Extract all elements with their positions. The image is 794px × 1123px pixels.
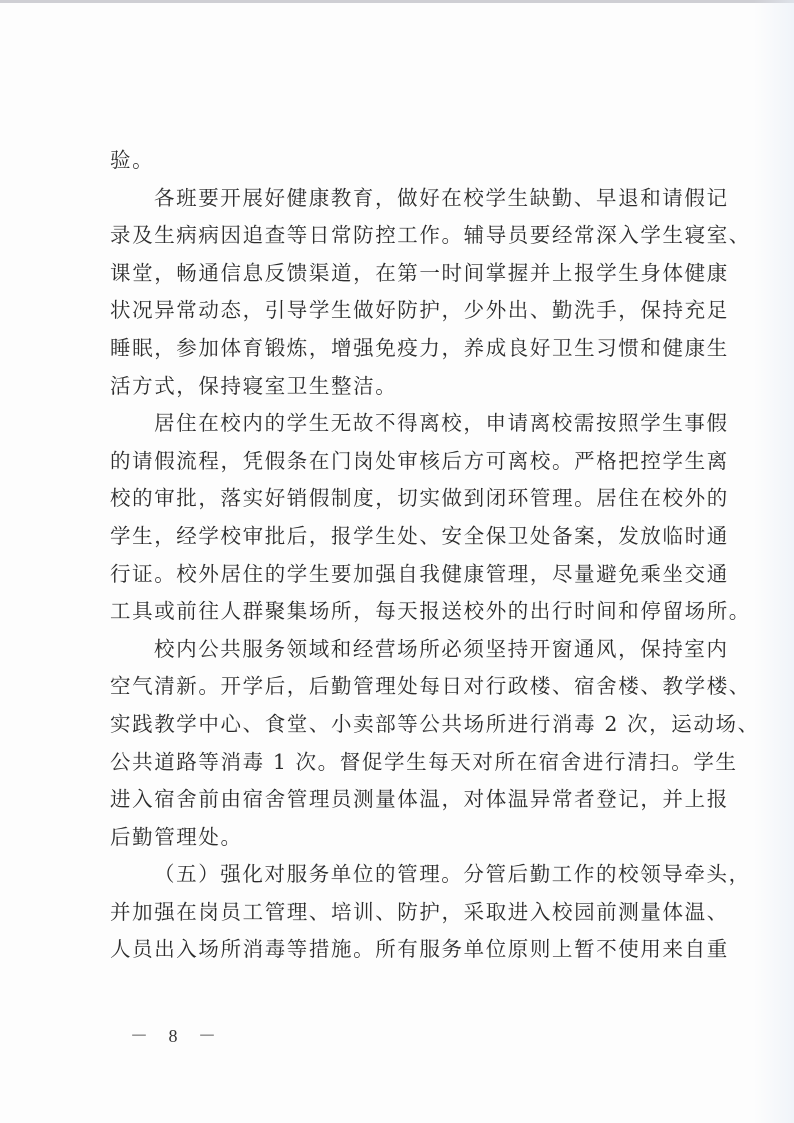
text-line: 工具或前往人群聚集场所，每天报送校外的出行时间和停留场所。 [110, 593, 694, 631]
text-line: 课堂，畅通信息反馈渠道，在第一时间掌握并上报学生身体健康 [110, 255, 694, 293]
text-line: 公共道路等消毒 1 次。督促学生每天对所在宿舍进行清扫。学生 [110, 744, 694, 782]
text-line: 状况异常动态，引导学生做好防护，少外出、勤洗手，保持充足 [110, 292, 694, 330]
text-line: 的请假流程，凭假条在门岗处审核后方可离校。严格把控学生离 [110, 443, 694, 481]
paragraph-start-line: 各班要开展好健康教育，做好在校学生缺勤、早退和请假记 [110, 180, 694, 218]
text-line: 空气清新。开学后，后勤管理处每日对行政楼、宿舍楼、教学楼、 [110, 668, 694, 706]
text-line: 后勤管理处。 [110, 819, 694, 857]
text-line: 活方式，保持寝室卫生整洁。 [110, 368, 694, 406]
text-line: 睡眠，参加体育锻炼，增强免疫力，养成良好卫生习惯和健康生 [110, 330, 694, 368]
document-body: 验。 各班要开展好健康教育，做好在校学生缺勤、早退和请假记 录及生病病因追查等日… [110, 142, 694, 969]
page-number: － 8 － [130, 1022, 224, 1048]
text-line: 人员出入场所消毒等措施。所有服务单位原则上暂不使用来自重 [110, 931, 694, 969]
paragraph-start-line: 校内公共服务领域和经营场所必须坚持开窗通风，保持室内 [110, 631, 694, 669]
text-line: 行证。校外居住的学生要加强自我健康管理，尽量避免乘坐交通 [110, 556, 694, 594]
text-line: 学生，经学校审批后，报学生处、安全保卫处备案，发放临时通 [110, 518, 694, 556]
text-line: 并加强在岗员工管理、培训、防护，采取进入校园前测量体温、 [110, 894, 694, 932]
text-line: 录及生病病因追查等日常防控工作。辅导员要经常深入学生寝室、 [110, 217, 694, 255]
section-heading-line: （五）强化对服务单位的管理。分管后勤工作的校领导牵头， [110, 856, 694, 894]
scan-right-shadow [754, 0, 794, 1123]
text-line: 验。 [110, 142, 694, 180]
scan-top-edge [0, 0, 794, 3]
text-line: 进入宿舍前由宿舍管理员测量体温，对体温异常者登记，并上报 [110, 781, 694, 819]
text-line: 校的审批，落实好销假制度，切实做到闭环管理。居住在校外的 [110, 480, 694, 518]
text-line: 实践教学中心、食堂、小卖部等公共场所进行消毒 2 次，运动场、 [110, 706, 694, 744]
paragraph-start-line: 居住在校内的学生无故不得离校，申请离校需按照学生事假 [110, 405, 694, 443]
